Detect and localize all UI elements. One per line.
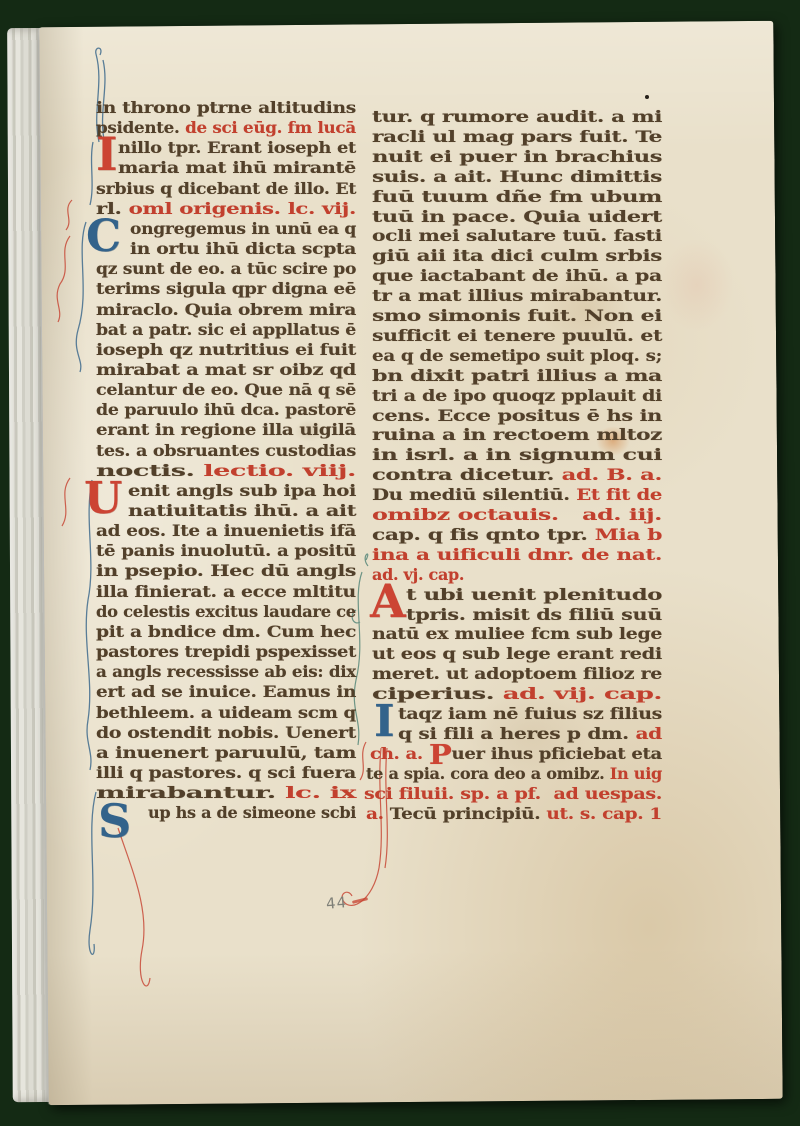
text-line-left-5: srbius q dicebant de illo. Et (96, 179, 335, 200)
illuminated-initial-A: A (370, 581, 406, 622)
body-text: contra dicetur. (372, 465, 562, 484)
body-text: ad eos. Ite a inuenietis ifā (96, 521, 356, 540)
text-line-left-14: mirabat a mat sr oibz qd (96, 360, 309, 381)
text-line-right-18: in isrl. a in signum cui (372, 445, 568, 466)
body-text: enit angls sub ipa hoi (128, 481, 356, 500)
body-text: suis. a ait. Hunc dimittis (372, 167, 662, 186)
text-line-left-2: psidente. de sci eūg. fm lucā (96, 118, 344, 139)
body-text: natiuitatis ihū. a ait (128, 501, 356, 520)
text-line-right-35: sci filuii. sp. a pf. ad uespas. (364, 784, 614, 805)
text-line-left-27: pit a bndice dm. Cum hec (96, 622, 318, 643)
body-text: nillo tpr. Erant ioseph et (118, 138, 356, 157)
rubric-text: ch. a. (370, 744, 429, 763)
rubric-text: ina a uificuli dnr. de nat. (372, 545, 662, 564)
text-line-left-9: qz sunt de eo. a tūc scire po (96, 259, 338, 280)
photograph-background: { "page": { "folio_number": "44", "langu… (0, 0, 800, 1126)
body-text: ut eos q sub lege erant redi (372, 644, 662, 663)
body-text: te a spia. cora deo a omibz. (366, 764, 610, 783)
text-line-left-16: de paruulo ihū dca. pastorē (96, 400, 335, 421)
text-line-right-12: sufficit ei tenere puulū. et (372, 326, 599, 347)
text-line-right-31: taqz iam nē fuius sz filius (398, 704, 620, 725)
rubric-text: Mia b (595, 525, 662, 544)
body-text: tes. a obsruantes custodias (96, 441, 356, 460)
body-text: nuit ei puer in brachius (372, 147, 662, 166)
text-line-right-19: contra dicetur. ad. B. a. (372, 465, 576, 486)
body-text: a angls recessisse ab eis: dix (96, 662, 356, 681)
text-line-left-32: do ostendit nobis. Uenert (96, 723, 317, 744)
body-text: ongregemus in unū ea q (130, 219, 356, 238)
body-text: bn dixit patri illius a ma (372, 366, 662, 385)
text-line-right-2: racli ul mag pars fuit. Te (372, 127, 586, 148)
text-line-left-13: ioseph qz nutritius ei fuit (96, 340, 317, 361)
rubric-text: omibz octauis. ad. iij. (372, 505, 662, 524)
rubric-text: lc. ix (285, 783, 356, 802)
text-line-left-28: pastores trepidi pspexisset (96, 642, 329, 663)
text-line-left-8: in ortu ihū dicta scpta (130, 239, 323, 260)
body-text: natū ex muliee fcm sub lege (372, 624, 662, 643)
text-line-right-3: nuit ei puer in brachius (372, 147, 577, 168)
body-text: smo simonis fuit. Non ei (372, 306, 662, 325)
body-text: in isrl. a in signum cui (372, 445, 662, 464)
text-line-right-36: a. Tecū principiū. ut. s. cap. 1 (366, 804, 622, 825)
body-text: ocli mei salutare tuū. fasti (372, 226, 662, 245)
body-text: pit a bndice dm. Cum hec (96, 622, 356, 641)
text-line-right-22: cap. q fis qnto tpr. Mia b (372, 525, 585, 546)
body-text: que iactabant de ihū. a pa (372, 266, 662, 285)
text-line-left-10: terims sigula qpr digna eē (96, 279, 324, 300)
body-text: qz sunt de eo. a tūc scire po (96, 259, 356, 278)
body-text: celantur de eo. Que nā q sē (96, 380, 356, 399)
body-text: ioseph qz nutritius ei fuit (96, 340, 356, 359)
body-text: meret. ut adoptoem filioz re (372, 664, 662, 683)
text-line-right-1: tur. q rumore audit. a mi (372, 107, 587, 128)
text-line-left-29: a angls recessisse ab eis: dix (96, 662, 344, 683)
body-text: Du mediū silentiū. (372, 485, 576, 504)
body-text: de paruulo ihū dca. pastorē (96, 400, 356, 419)
illuminated-initial-I: I (374, 702, 395, 742)
body-text: t ubi uenit plenitudo (406, 585, 662, 604)
body-text: Tecū principiū. (390, 804, 547, 823)
illuminated-initial-U: U (84, 479, 122, 519)
text-line-right-10: tr a mat illius mirabantur. (372, 286, 599, 307)
text-line-left-4: maria mat ihū mirantē (118, 158, 316, 179)
text-line-left-18: tes. a obsruantes custodias (96, 441, 332, 462)
text-line-left-30: ert ad se inuice. Eamus in (96, 682, 322, 703)
text-line-left-1: in throno ptrne altitudins (96, 98, 319, 119)
text-line-right-9: que iactabant de ihū. a pa (372, 266, 598, 287)
body-text: in psepio. Hec dū angls (96, 561, 356, 580)
text-line-left-3: nillo tpr. Erant ioseph et (118, 138, 330, 159)
text-line-right-29: meret. ut adoptoem filioz re (372, 664, 616, 685)
text-line-left-22: ad eos. Ite a inuenietis ifā (96, 521, 321, 542)
body-text: ea q de semetipo suit ploq. s; (372, 346, 662, 365)
illuminated-initial-C: C (86, 217, 121, 257)
rubric-text: ad. vij. cap. (503, 684, 662, 703)
body-text: a inuenert paruulū, tam (96, 743, 356, 762)
text-line-left-23: tē panis inuolutū. a positū (96, 541, 325, 562)
body-text: tr a mat illius mirabantur. (372, 286, 662, 305)
body-text: cap. q fis qnto tpr. (372, 525, 595, 544)
body-text: do celestis excitus laudare ce (96, 602, 356, 621)
text-line-right-25: t ubi uenit plenitudo (406, 585, 586, 606)
body-text: ruina a in rectoem mltoz (372, 425, 662, 444)
body-text: bethleem. a uideam scm q (96, 703, 356, 722)
text-line-right-7: ocli mei salutare tuū. fasti (372, 226, 601, 247)
body-text: tur. q rumore audit. a mi (372, 107, 662, 126)
rubric-text: de sci eūg. fm lucā (185, 118, 356, 137)
body-text: illi q pastores. q sci fuera (96, 763, 356, 782)
text-line-left-26: do celestis excitus laudare ce (96, 602, 351, 623)
text-line-right-34: te a spia. cora deo a omibz. In uig (366, 764, 659, 785)
body-text: tri a de ipo quoqz pplauit di (372, 386, 662, 405)
body-text: illa finierat. a ecce mltitu (96, 582, 356, 601)
text-line-right-28: ut eos q sub lege erant redi (372, 644, 610, 665)
body-text: tuū in pace. Quia uidert (372, 207, 662, 226)
text-line-left-6: rl. oml origenis. lc. vij. (96, 199, 291, 220)
text-line-right-26: tpris. misit ds filiū suū (406, 605, 603, 626)
text-line-right-33: ch. a. Puer ihus pficiebat eta (370, 744, 628, 765)
text-line-left-21: natiuitatis ihū. a ait (128, 501, 301, 522)
rubric-text: ad. B. a. (562, 465, 662, 484)
text-line-left-17: erant in regione illa uigilā (96, 420, 324, 441)
body-text: pastores trepidi pspexisset (96, 642, 356, 661)
text-line-right-13: ea q de semetipo suit ploq. s; (372, 346, 625, 367)
body-text: mirabat a mat sr oibz qd (96, 360, 356, 379)
text-line-left-25: illa finierat. a ecce mltitu (96, 582, 317, 603)
body-text: fuū tuum dñe fm ubum (372, 187, 662, 206)
rubric-text: sci filuii. sp. a pf. ad uespas. (364, 784, 662, 803)
text-line-left-15: celantur de eo. Que nā q sē (96, 380, 332, 401)
body-text: sufficit ei tenere puulū. et (372, 326, 662, 345)
text-line-left-34: illi q pastores. q sci fuera (96, 763, 316, 784)
body-text: do ostendit nobis. Uenert (96, 723, 356, 742)
illuminated-initial-S: S (98, 801, 131, 842)
text-line-right-5: fuū tuum dñe fm ubum (372, 187, 574, 208)
text-line-right-15: tri a de ipo quoqz pplauit di (372, 386, 613, 407)
text-line-right-11: smo simonis fuit. Non ei (372, 306, 584, 327)
text-line-right-17: ruina a in rectoem mltoz (372, 425, 587, 446)
body-text: racli ul mag pars fuit. Te (372, 127, 662, 146)
text-line-left-12: bat a patr. sic ei appllatus ē (96, 320, 336, 341)
text-line-right-23: ina a uificuli dnr. de nat. (372, 545, 586, 566)
text-line-right-21: omibz octauis. ad. iij. (372, 505, 567, 526)
rubric-text: oml origenis. lc. vij. (129, 199, 356, 218)
body-text: giū aii ita dici culm srbis (372, 246, 662, 265)
body-text: taqz iam nē fuius sz filius (398, 704, 662, 723)
rubric-text: a. (366, 804, 390, 823)
rubric-text: lectio. viij. (203, 461, 356, 480)
body-text: in throno ptrne altitudins (96, 98, 356, 117)
body-text: erant in regione illa uigilā (96, 420, 356, 439)
body-text: srbius q dicebant de illo. Et (96, 179, 356, 198)
illuminated-initial-I: I (96, 134, 118, 175)
rubric-text: Et fit de (576, 485, 662, 504)
folio-number: 44 (325, 893, 348, 913)
body-text: terims sigula qpr digna eē (96, 279, 356, 298)
text-line-left-31: bethleem. a uideam scm q (96, 703, 324, 724)
text-line-right-14: bn dixit patri illius a ma (372, 366, 581, 387)
text-line-right-6: tuū in pace. Quia uidert (372, 207, 579, 228)
body-text: miraclo. Quia obrem mira (96, 300, 356, 319)
text-line-left-36: up hs a de simeone scbi (148, 803, 355, 824)
body-text: maria mat ihū mirantē (118, 158, 356, 177)
body-text: tē panis inuolutū. a positū (96, 541, 356, 560)
text-line-left-24: in psepio. Hec dū angls (96, 561, 299, 582)
body-text: in ortu ihū dicta scpta (130, 239, 356, 258)
rubric-text: ut. s. cap. 1 (546, 804, 661, 823)
text-line-right-27: natū ex muliee fcm sub lege (372, 624, 617, 645)
text-line-right-30: ciperius. ad. vij. cap. (372, 684, 550, 705)
text-line-left-11: miraclo. Quia obrem mira (96, 300, 320, 321)
text-line-right-20: Du mediū silentiū. Et fit de (372, 485, 608, 506)
body-text: cens. Ecce positus ē hs in (372, 406, 662, 425)
text-line-right-8: giū aii ita dici culm srbis (372, 246, 588, 267)
rubric-text: ad (635, 724, 662, 743)
body-text: uer ihus pficiebat eta (452, 744, 662, 763)
text-line-right-16: cens. Ecce positus ē hs in (372, 406, 594, 427)
body-text: bat a patr. sic ei appllatus ē (96, 320, 356, 339)
text-line-left-7: ongregemus in unū ea q (130, 219, 341, 240)
rubric-text: In uig (610, 764, 662, 783)
text-line-left-33: a inuenert paruulū, tam (96, 743, 305, 764)
body-text: tpris. misit ds filiū suū (406, 605, 662, 624)
text-line-left-20: enit angls sub ipa hoi (128, 481, 315, 502)
text-line-right-4: suis. a ait. Hunc dimittis (372, 167, 586, 188)
body-text: ert ad se inuice. Eamus in (96, 682, 356, 701)
body-text: up hs a de simeone scbi (148, 803, 356, 822)
